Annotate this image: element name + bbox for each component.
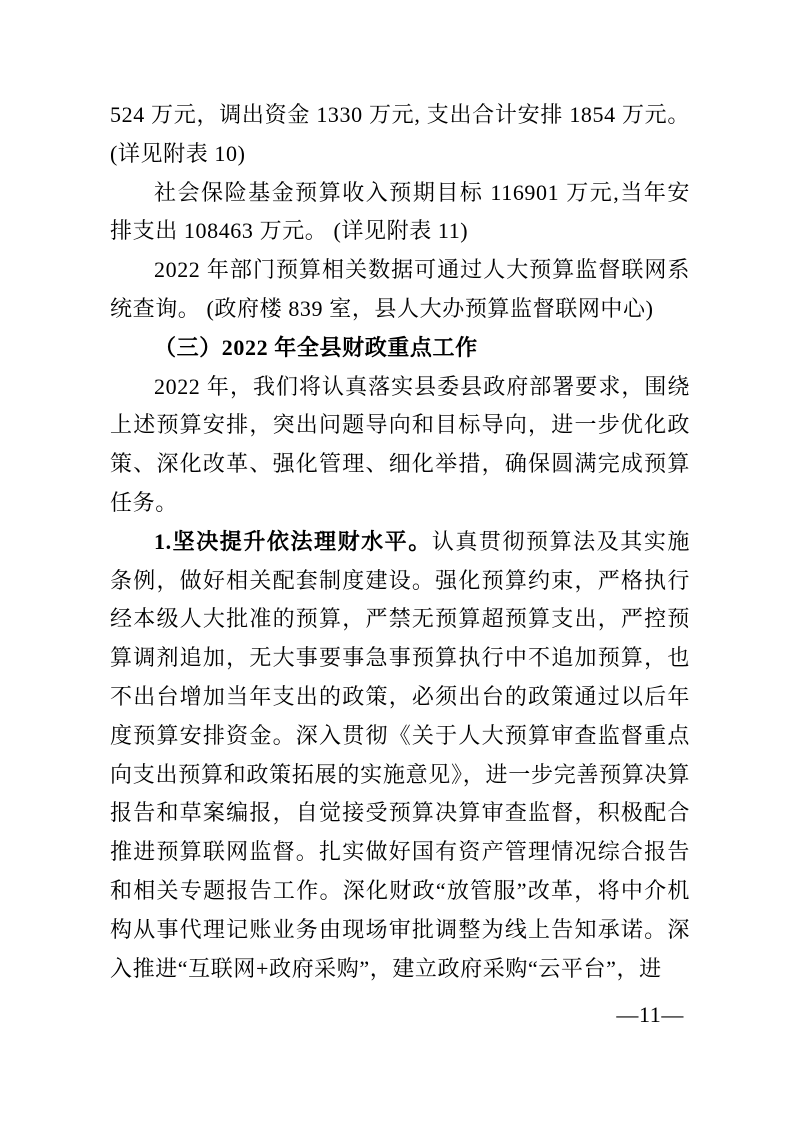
paragraph-budget-summary: 524 万元，调出资金 1330 万元, 支出合计安排 1854 万元。 (详见…: [110, 96, 690, 174]
page-number: —11—: [616, 1002, 684, 1027]
page-footer: —11—: [110, 996, 690, 1035]
paragraph-lead-body: 认真贯彻预算法及其实施条例，做好相关配套制度建设。强化预算约束，严格执行经本级人…: [110, 529, 690, 981]
paragraph-lead-bold: 1.坚决提升依法理财水平。: [154, 529, 432, 554]
paragraph-budget-data-query: 2022 年部门预算相关数据可通过人大预算监督联网系统查询。 (政府楼 839 …: [110, 251, 690, 329]
paragraph-lawful-finance: 1.坚决提升依法理财水平。认真贯彻预算法及其实施条例，做好相关配套制度建设。强化…: [110, 523, 690, 989]
paragraph-work-overview: 2022 年，我们将认真落实县委县政府部署要求，围绕上述预算安排，突出问题导向和…: [110, 368, 690, 523]
section-heading-key-work: （三）2022 年全县财政重点工作: [110, 329, 690, 368]
document-page: 524 万元，调出资金 1330 万元, 支出合计安排 1854 万元。 (详见…: [0, 0, 793, 1122]
paragraph-social-insurance-fund: 社会保险基金预算收入预期目标 116901 万元,当年安排支出 108463 万…: [110, 174, 690, 252]
